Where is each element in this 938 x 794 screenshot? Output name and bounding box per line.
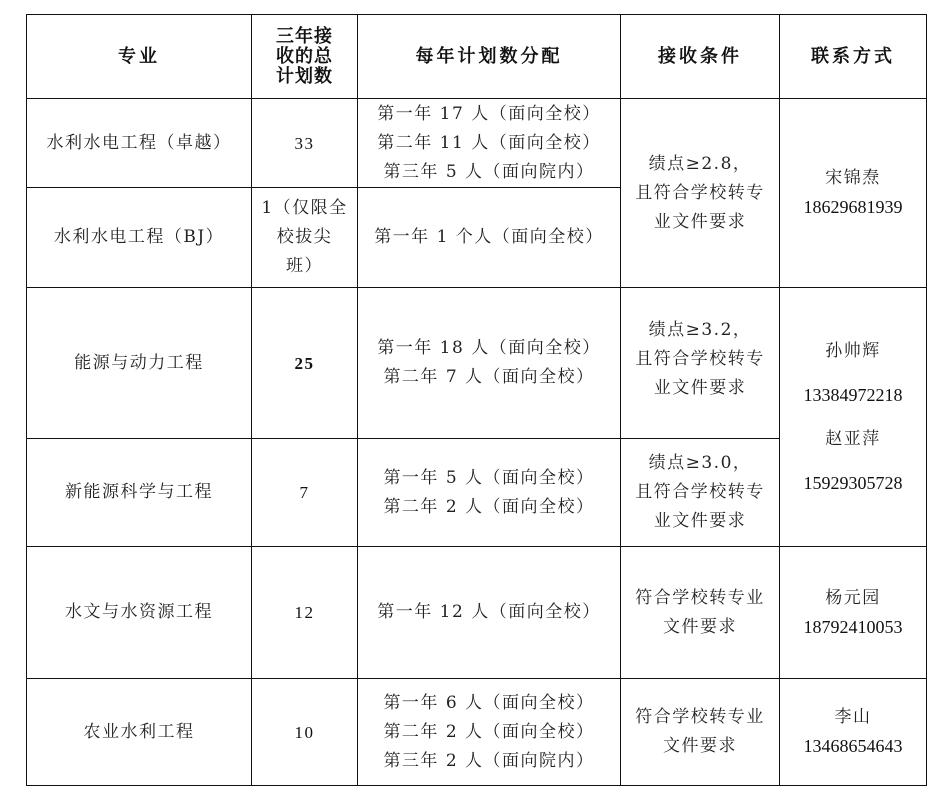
- total-cell: 25: [252, 288, 358, 439]
- contact-cell: 宋锦焘 18629681939: [780, 99, 927, 288]
- major-cell: 水利水电工程（卓越）: [27, 99, 252, 188]
- conditions-cell: 绩点≥3.0， 且符合学校转专 业文件要求: [621, 439, 780, 547]
- header-row: 专业 三年接 收的总 计划数 每年计划数分配 接收条件 联系方式: [27, 15, 927, 99]
- major-cell: 能源与动力工程: [27, 288, 252, 439]
- conditions-cell: 绩点≥3.2， 且符合学校转专 业文件要求: [621, 288, 780, 439]
- table-row: 水文与水资源工程 12 第一年 12 人（面向全校） 符合学校转专业 文件要求 …: [27, 547, 927, 679]
- table-row: 能源与动力工程 25 第一年 18 人（面向全校） 第二年 7 人（面向全校） …: [27, 288, 927, 439]
- transfer-plan-table: 专业 三年接 收的总 计划数 每年计划数分配 接收条件 联系方式 水利水电工程（…: [26, 14, 927, 786]
- conditions-cell: 符合学校转专业 文件要求: [621, 547, 780, 679]
- allocation-cell: 第一年 1 个人（面向全校）: [358, 188, 621, 288]
- major-cell: 水文与水资源工程: [27, 547, 252, 679]
- header-major: 专业: [27, 15, 252, 99]
- allocation-cell: 第一年 17 人（面向全校） 第二年 11 人（面向全校） 第三年 5 人（面向…: [358, 99, 621, 188]
- major-cell: 水利水电工程（BJ）: [27, 188, 252, 288]
- conditions-cell: 符合学校转专业 文件要求: [621, 679, 780, 786]
- total-cell: 12: [252, 547, 358, 679]
- header-contact: 联系方式: [780, 15, 927, 99]
- contact-phone: 15929305728: [784, 461, 922, 505]
- contact-name: 孙帅辉: [784, 329, 922, 373]
- header-total-plan: 三年接 收的总 计划数: [252, 15, 358, 99]
- contact-name: 杨元园: [784, 584, 922, 613]
- allocation-cell: 第一年 5 人（面向全校） 第二年 2 人（面向全校）: [358, 439, 621, 547]
- allocation-cell: 第一年 6 人（面向全校） 第二年 2 人（面向全校） 第三年 2 人（面向院内…: [358, 679, 621, 786]
- total-cell: 7: [252, 439, 358, 547]
- major-cell: 新能源科学与工程: [27, 439, 252, 547]
- conditions-cell: 绩点≥2.8， 且符合学校转专 业文件要求: [621, 99, 780, 288]
- total-cell: 33: [252, 99, 358, 188]
- contact-cell: 李山 13468654643: [780, 679, 927, 786]
- table-row: 水利水电工程（卓越） 33 第一年 17 人（面向全校） 第二年 11 人（面向…: [27, 99, 927, 188]
- contact-phone: 18792410053: [784, 613, 922, 642]
- contact-cell: 孙帅辉 13384972218 赵亚萍 15929305728: [780, 288, 927, 547]
- allocation-cell: 第一年 18 人（面向全校） 第二年 7 人（面向全校）: [358, 288, 621, 439]
- total-cell: 10: [252, 679, 358, 786]
- major-cell: 农业水利工程: [27, 679, 252, 786]
- contact-phone: 18629681939: [784, 193, 922, 222]
- header-conditions: 接收条件: [621, 15, 780, 99]
- contact-name: 宋锦焘: [784, 164, 922, 193]
- table-row: 农业水利工程 10 第一年 6 人（面向全校） 第二年 2 人（面向全校） 第三…: [27, 679, 927, 786]
- header-yearly-allocation: 每年计划数分配: [358, 15, 621, 99]
- contact-name: 赵亚萍: [784, 417, 922, 461]
- contact-phone: 13468654643: [784, 732, 922, 761]
- total-cell: 1（仅限全 校拔尖 班）: [252, 188, 358, 288]
- contact-cell: 杨元园 18792410053: [780, 547, 927, 679]
- contact-name: 李山: [784, 703, 922, 732]
- contact-phone: 13384972218: [784, 373, 922, 417]
- allocation-cell: 第一年 12 人（面向全校）: [358, 547, 621, 679]
